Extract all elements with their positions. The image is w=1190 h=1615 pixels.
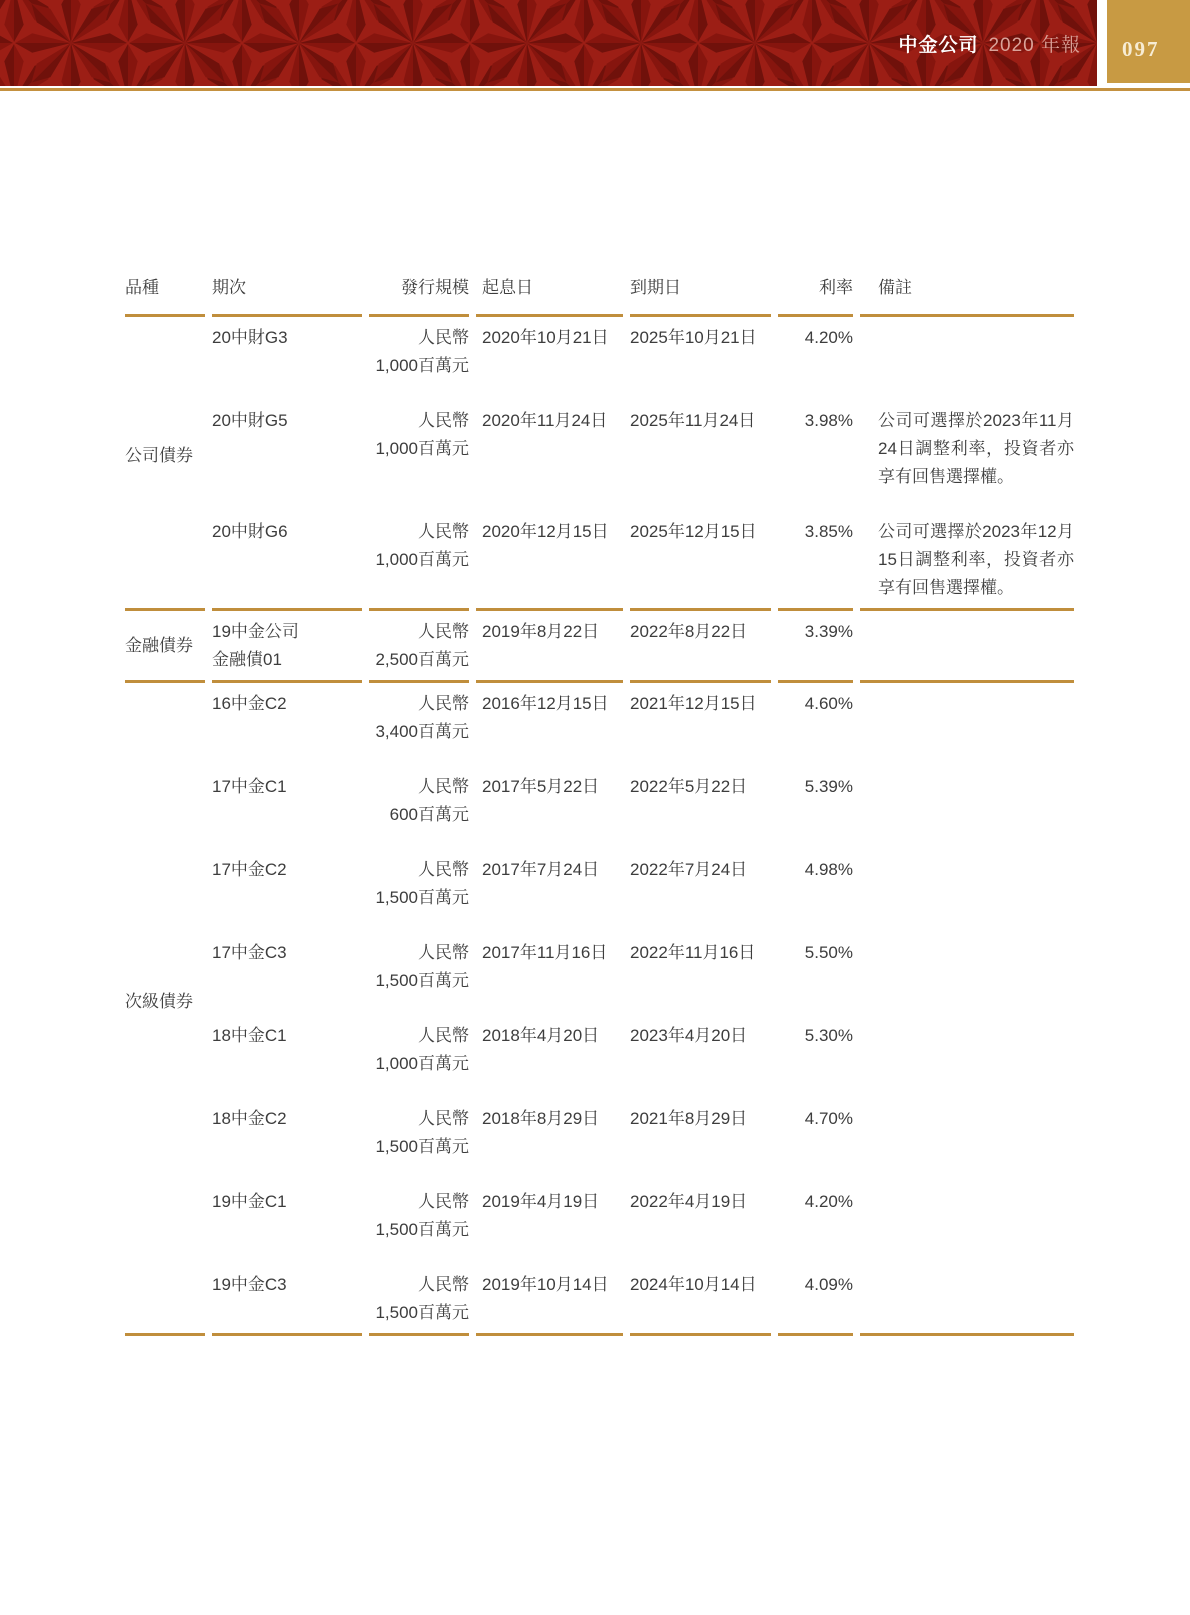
bond-note [860,1264,1074,1336]
bond-issue-size: 人民幣 1,500百萬元 [369,1264,469,1336]
table-header-row: 品種 期次 發行規模 起息日 到期日 利率 備註 [125,274,1074,317]
bond-note [860,932,1074,1015]
bond-maturity-date: 2025年11月24日 [630,400,771,511]
bond-note [860,1098,1074,1181]
bond-interest-rate: 4.20% [778,317,853,400]
page-number: 097 [1107,21,1160,62]
bond-series: 19中金公司 金融債01 [212,611,362,683]
bond-series: 18中金C2 [212,1098,362,1181]
bond-series: 19中金C1 [212,1181,362,1264]
group-financial-bonds: 金融債券 19中金公司 金融債01 人民幣 2,500百萬元 2019年8月22… [125,611,1074,683]
bond-row: 18中金C2 人民幣 1,500百萬元 2018年8月29日 2021年8月29… [125,1098,1074,1181]
bond-issue-size: 人民幣 1,000百萬元 [369,317,469,400]
bond-series: 16中金C2 [212,683,362,766]
bonds-table: 品種 期次 發行規模 起息日 到期日 利率 備註 公司債券 20中財G3 人民幣… [118,274,1081,1336]
col-header-value-date: 起息日 [476,274,623,317]
bond-maturity-date: 2025年10月21日 [630,317,771,400]
bond-series: 17中金C1 [212,766,362,849]
bond-issue-size: 人民幣 3,400百萬元 [369,683,469,766]
bond-value-date: 2019年8月22日 [476,611,623,683]
bond-row: 17中金C3 人民幣 1,500百萬元 2017年11月16日 2022年11月… [125,932,1074,1015]
bond-issue-size: 人民幣 2,500百萬元 [369,611,469,683]
bond-value-date: 2018年4月20日 [476,1015,623,1098]
bond-row: 17中金C2 人民幣 1,500百萬元 2017年7月24日 2022年7月24… [125,849,1074,932]
col-header-notes: 備註 [860,274,1074,317]
bond-maturity-date: 2022年8月22日 [630,611,771,683]
report-banner: 中金公司 2020 年報 [0,0,1097,86]
bond-note: 公司可選擇於2023年12月15日調整利率，投資者亦享有回售選擇權。 [860,511,1074,611]
bond-note [860,317,1074,400]
report-edition: 2020 年報 [988,30,1081,57]
col-header-issue-size: 發行規模 [369,274,469,317]
bond-row: 公司債券 20中財G3 人民幣 1,000百萬元 2020年10月21日 202… [125,317,1074,400]
bond-interest-rate: 4.60% [778,683,853,766]
bond-interest-rate: 3.98% [778,400,853,511]
bond-series: 20中財G5 [212,400,362,511]
bond-issue-size: 人民幣 600百萬元 [369,766,469,849]
bond-maturity-date: 2021年8月29日 [630,1098,771,1181]
bond-row: 18中金C1 人民幣 1,000百萬元 2018年4月20日 2023年4月20… [125,1015,1074,1098]
bond-maturity-date: 2022年5月22日 [630,766,771,849]
bond-interest-rate: 4.70% [778,1098,853,1181]
bond-series: 18中金C1 [212,1015,362,1098]
bond-series: 17中金C2 [212,849,362,932]
page-number-box: 097 [1107,0,1190,83]
bond-value-date: 2017年7月24日 [476,849,623,932]
bond-note [860,1015,1074,1098]
bond-series: 17中金C3 [212,932,362,1015]
bond-row: 17中金C1 人民幣 600百萬元 2017年5月22日 2022年5月22日 … [125,766,1074,849]
bond-value-date: 2020年10月21日 [476,317,623,400]
bond-row: 20中財G6 人民幣 1,000百萬元 2020年12月15日 2025年12月… [125,511,1074,611]
bond-issue-size: 人民幣 1,500百萬元 [369,1181,469,1264]
bond-issue-size: 人民幣 1,000百萬元 [369,511,469,611]
bond-maturity-date: 2025年12月15日 [630,511,771,611]
bond-interest-rate: 5.50% [778,932,853,1015]
bond-issue-size: 人民幣 1,000百萬元 [369,1015,469,1098]
bond-maturity-date: 2022年7月24日 [630,849,771,932]
bond-maturity-date: 2022年4月19日 [630,1181,771,1264]
bond-value-date: 2017年5月22日 [476,766,623,849]
bond-interest-rate: 4.98% [778,849,853,932]
bond-value-date: 2018年8月29日 [476,1098,623,1181]
bond-maturity-date: 2024年10月14日 [630,1264,771,1336]
bond-interest-rate: 4.09% [778,1264,853,1336]
bond-series: 20中財G3 [212,317,362,400]
bond-value-date: 2019年4月19日 [476,1181,623,1264]
bond-note [860,849,1074,932]
bond-note [860,683,1074,766]
group-subordinated-bonds: 次級債券 16中金C2 人民幣 3,400百萬元 2016年12月15日 202… [125,683,1074,1336]
bond-value-date: 2019年10月14日 [476,1264,623,1336]
bond-value-date: 2020年12月15日 [476,511,623,611]
col-header-series: 期次 [212,274,362,317]
group-corporate-bonds: 公司債券 20中財G3 人民幣 1,000百萬元 2020年10月21日 202… [125,317,1074,611]
bond-interest-rate: 3.39% [778,611,853,683]
bond-note: 公司可選擇於2023年11月24日調整利率，投資者亦享有回售選擇權。 [860,400,1074,511]
bond-issue-size: 人民幣 1,500百萬元 [369,849,469,932]
bond-interest-rate: 5.30% [778,1015,853,1098]
bond-maturity-date: 2021年12月15日 [630,683,771,766]
brand-name: 中金公司 [898,30,978,57]
bond-row: 金融債券 19中金公司 金融債01 人民幣 2,500百萬元 2019年8月22… [125,611,1074,683]
group-label-corporate-bonds: 公司債券 [125,317,205,611]
col-header-type: 品種 [125,274,205,317]
header-rule [0,88,1190,91]
col-header-interest-rate: 利率 [778,274,853,317]
bond-note [860,1181,1074,1264]
report-page: 中金公司 2020 年報 097 品種 期次 發行規模 起息日 到期日 利率 備… [0,0,1190,1615]
bond-note [860,766,1074,849]
bond-row: 20中財G5 人民幣 1,000百萬元 2020年11月24日 2025年11月… [125,400,1074,511]
bond-row: 19中金C3 人民幣 1,500百萬元 2019年10月14日 2024年10月… [125,1264,1074,1336]
bond-note [860,611,1074,683]
bond-maturity-date: 2023年4月20日 [630,1015,771,1098]
group-label-subordinated-bonds: 次級債券 [125,683,205,1336]
bond-value-date: 2017年11月16日 [476,932,623,1015]
bond-interest-rate: 3.85% [778,511,853,611]
bond-interest-rate: 4.20% [778,1181,853,1264]
bond-issue-size: 人民幣 1,500百萬元 [369,1098,469,1181]
bond-issue-size: 人民幣 1,500百萬元 [369,932,469,1015]
bond-row: 19中金C1 人民幣 1,500百萬元 2019年4月19日 2022年4月19… [125,1181,1074,1264]
bond-value-date: 2020年11月24日 [476,400,623,511]
bond-row: 次級債券 16中金C2 人民幣 3,400百萬元 2016年12月15日 202… [125,683,1074,766]
bond-series: 19中金C3 [212,1264,362,1336]
bond-value-date: 2016年12月15日 [476,683,623,766]
bond-interest-rate: 5.39% [778,766,853,849]
bond-maturity-date: 2022年11月16日 [630,932,771,1015]
banner-title: 中金公司 2020 年報 [0,0,1097,86]
bond-issue-size: 人民幣 1,000百萬元 [369,400,469,511]
bond-series: 20中財G6 [212,511,362,611]
col-header-maturity-date: 到期日 [630,274,771,317]
group-label-financial-bonds: 金融債券 [125,611,205,683]
